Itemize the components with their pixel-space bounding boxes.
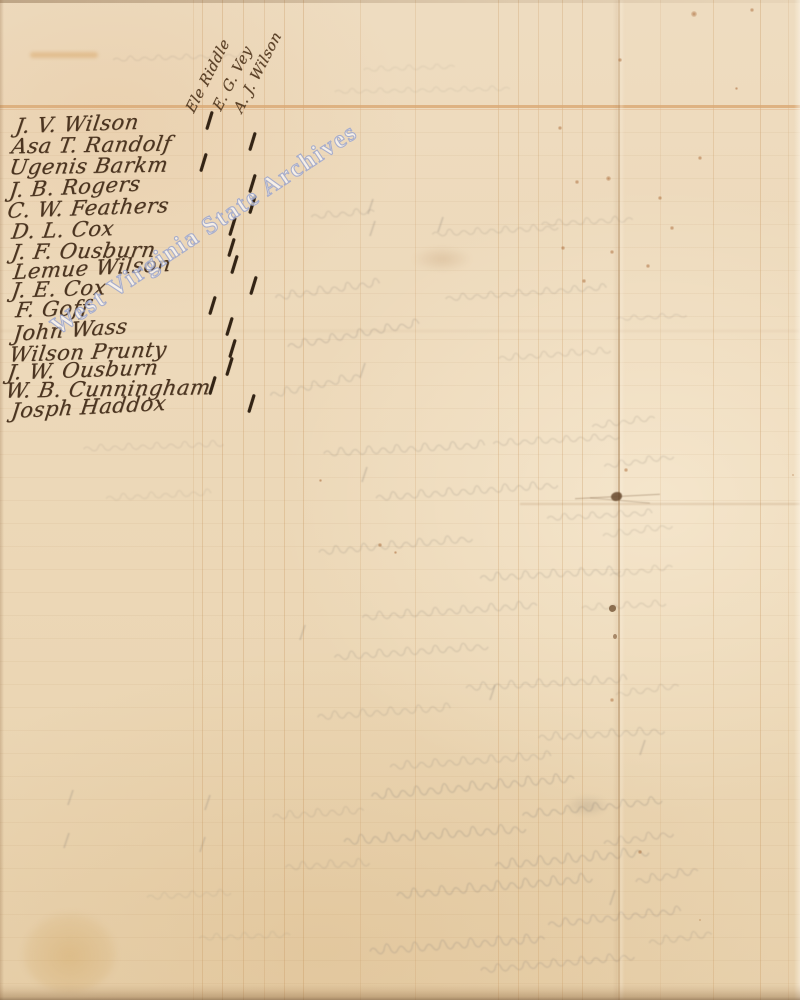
bleedthrough-tick [640,740,645,755]
smudge-top-left [30,52,98,58]
bleedthrough-line [603,829,674,846]
horizontal-crease [520,503,800,505]
bleedthrough-tick [610,890,615,905]
bleedthrough-line [480,952,634,973]
bleedthrough-line [547,509,653,521]
bleedthrough-line [269,372,360,398]
bleedthrough-tick [362,467,367,482]
bleedthrough-line [323,440,485,456]
bleedthrough-tick [360,363,365,378]
page-edge-top [0,0,800,3]
bleedthrough-line [548,906,681,928]
smudge-middle [412,246,472,272]
bleedthrough-line [275,278,380,300]
bleedthrough-line [362,600,538,620]
bleedthrough-line [147,889,232,900]
ink-blot [613,634,617,639]
page-edge-bottom [0,984,800,1000]
bleedthrough-line [495,846,650,869]
bleedthrough-tick [205,795,210,810]
bleedthrough-tick [370,221,375,236]
bleedthrough-line [538,726,665,740]
bleedthrough-line [83,440,223,451]
bleedthrough-line [311,207,375,219]
bleedthrough-tick [200,837,205,852]
bleedthrough-line [106,489,212,501]
bleedthrough-line [648,929,712,945]
bleedthrough-writing [0,0,800,1000]
bleedthrough-line [493,433,619,446]
bleedthrough-line [369,933,545,954]
bleedthrough-tick [490,685,495,700]
bleedthrough-line [375,480,558,500]
bleedthrough-line [635,866,699,885]
bleedthrough-tick [300,625,305,640]
bleedthrough-line [396,873,593,899]
bleedthrough-line [371,772,575,799]
bleedthrough-line [390,751,552,770]
bleedthrough-line [480,566,621,581]
header-rule-line [0,105,800,108]
page-edge-right [794,0,800,1000]
bleedthrough-tick [68,790,73,805]
stain-bottom-left [22,912,117,992]
bleedthrough-line [616,312,686,320]
bleedthrough-line [317,703,451,720]
smudge-bottom [565,795,609,817]
bleedthrough-line [592,414,656,429]
bleedthrough-line [445,283,606,300]
bleedthrough-line [287,319,420,350]
header-rule-line-shadow [0,109,800,110]
ledger-page: Ele Riddle E. G. Vey A. J. Wilson J. V. … [0,0,800,1000]
bleedthrough-line [363,64,454,72]
bleedthrough-line [272,805,364,819]
bleedthrough-line [604,453,675,469]
bleedthrough-line [285,858,370,870]
bleedthrough-line [199,931,290,940]
bleedthrough-line [335,86,510,94]
bleedthrough-tick [64,833,69,848]
bleedthrough-line [581,600,666,611]
page-edge-left [0,0,4,1000]
bleedthrough-line [432,224,558,237]
horizontal-crease-faint [0,330,800,332]
bleedthrough-line [602,522,673,538]
bleedthrough-line [466,674,628,690]
bleedthrough-line [616,682,680,697]
bleedthrough-line [318,534,472,555]
bleedthrough-tick [368,199,373,214]
bleedthrough-tick [438,217,443,232]
bleedthrough-line [334,642,489,660]
bleedthrough-line [343,823,526,845]
bleedthrough-line [498,347,610,361]
